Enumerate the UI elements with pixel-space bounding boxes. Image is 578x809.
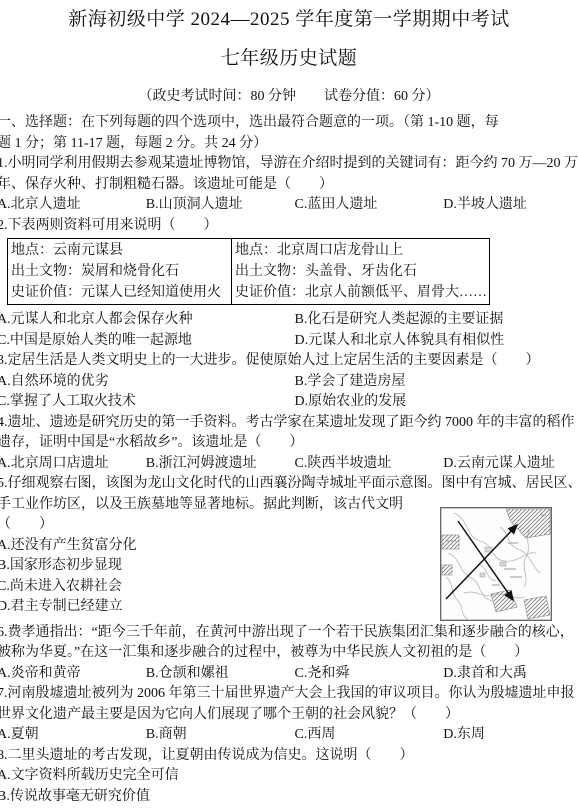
page-subtitle: 七年级历史试题 xyxy=(0,46,578,72)
question-2-options-row-2: C.中国是原始人类的唯一起源地 D.元谋人和北京人体貌具有相似性 xyxy=(0,331,578,352)
option-b: B.山顶洞人遗址 xyxy=(146,195,295,216)
question-3-options-row-2: C.掌握了人工取火技术 D.原始农业的发展 xyxy=(0,392,578,413)
question-7-options: A.夏朝 B.商朝 C.西周 D.东周 xyxy=(0,725,578,746)
question-4-options: A.北京周口店遗址 B.浙江河姆渡遗址 C.陕西半坡遗址 D.云南元谋人遗址 xyxy=(0,454,578,475)
question-6-options: A.炎帝和黄帝 B.仓颉和嫘祖 C.尧和舜 D.隶首和大禹 xyxy=(0,664,578,685)
option-a: A.文字资料所载历史完全可信 xyxy=(0,766,578,787)
exam-paper-page: 新海初级中学 2024—2025 学年度第一学期期中考试 七年级历史试题 （政史… xyxy=(0,7,578,809)
option-b: B.化石是研究人类起源的主要证据 xyxy=(295,310,578,331)
table-line: 地点：云南元谋县 xyxy=(11,240,228,261)
page-title: 新海初级中学 2024—2025 学年度第一学期期中考试 xyxy=(0,7,578,33)
question-1-options: A.北京人遗址 B.山顶洞人遗址 C.蓝田人遗址 D.半坡人遗址 xyxy=(0,195,578,216)
option-c: C.中国是原始人类的唯一起源地 xyxy=(0,331,295,352)
option-c: C.陕西半坡遗址 xyxy=(295,454,444,475)
option-a: A.自然环境的优劣 xyxy=(0,372,295,393)
question-3-options-row-1: A.自然环境的优劣 B.学会了建造房屋 xyxy=(0,372,578,393)
question-2-source-table: 地点：云南元谋县 出土文物：炭屑和烧骨化石 史证价值：元谋人已经知道使用火 地点… xyxy=(7,238,490,305)
option-a: A.炎帝和黄帝 xyxy=(0,664,146,685)
option-b: B.传说故事毫无研究价值 xyxy=(0,787,578,808)
question-6-stem: 6.费孝通指出：“距今三千年前，在黄河中游出现了一个若干民族集团汇集和逐步融合的… xyxy=(0,623,578,664)
question-7-stem: 7.河南殷墟遗址被列为 2006 年第三十届世界遗产大会上我国的审议项目。你认为… xyxy=(0,684,578,725)
option-d: D.隶首和大禹 xyxy=(443,664,578,685)
table-cell-yuanmou: 地点：云南元谋县 出土文物：炭屑和烧骨化石 史证价值：元谋人已经知道使用火 xyxy=(8,239,231,304)
table-line: 史证价值：元谋人已经知道使用火 xyxy=(11,282,228,303)
option-d: D.半坡人遗址 xyxy=(443,195,578,216)
option-a: A.元谋人和北京人都会保存火种 xyxy=(0,310,295,331)
table-line: 出土文物：炭屑和烧骨化石 xyxy=(11,261,228,282)
option-b: B.浙江河姆渡遗址 xyxy=(146,454,295,475)
option-c: C.尧和舜 xyxy=(295,664,444,685)
option-d: D.云南元谋人遗址 xyxy=(443,454,578,475)
option-b: B.学会了建造房屋 xyxy=(295,372,578,393)
option-c: C.蓝田人遗址 xyxy=(295,195,444,216)
taosi-city-site-map xyxy=(440,507,552,621)
question-4-stem: 4.遗址、遗迹是研究历史的第一手资料。考古学家在某遗址发现了距今约 7000 年… xyxy=(0,413,578,454)
exam-info-line: （政史考试时间：80 分钟 试卷分值：60 分） xyxy=(0,87,578,107)
option-d: D.元谋人和北京人体貌具有相似性 xyxy=(295,331,578,352)
question-2-stem: 2.下表两则资料可用来说明（ ） xyxy=(0,216,578,237)
option-d: D.东周 xyxy=(443,725,578,746)
option-a: A.夏朝 xyxy=(0,725,146,746)
question-2-options-row-1: A.元谋人和北京人都会保存火种 B.化石是研究人类起源的主要证据 xyxy=(0,310,578,331)
option-b: B.商朝 xyxy=(146,725,295,746)
table-line: 史证价值：北京人前额低平、眉骨大…… xyxy=(235,282,488,303)
question-5-stem-line1: 5.仔细观察右图，该图为龙山文化时代的山西襄汾陶寺城址平面示意图。图中有宫城、居… xyxy=(0,474,578,495)
question-1-stem: 1.小明同学利用假期去参观某遗址博物馆，导游在介绍时提到的关键词有：距今约 70… xyxy=(0,154,578,195)
table-line: 地点：北京周口店龙骨山上 xyxy=(235,240,488,261)
question-8-stem: 8.二里头遗址的考古发现，让夏朝由传说成为信史。这说明（ ） xyxy=(0,746,578,767)
option-b: B.仓颉和嫘祖 xyxy=(146,664,295,685)
question-3-stem: 3.定居生活是人类文明史上的一大进步。促使原始人过上定居生活的主要因素是（ ） xyxy=(0,351,578,372)
option-a: A.北京周口店遗址 xyxy=(0,454,146,475)
option-a: A.北京人遗址 xyxy=(0,195,146,216)
table-cell-peking-man: 地点：北京周口店龙骨山上 出土文物：头盖骨、牙齿化石 史证价值：北京人前额低平、… xyxy=(231,239,491,304)
option-d: D.原始农业的发展 xyxy=(295,392,578,413)
question-5-body: 手工业作坊区，以及王族墓地等显著地标。据此判断，该古代文明 （ ） A.还没有产… xyxy=(0,495,578,623)
section-heading: 一、选择题：在下列每题的四个选项中，选出最符合题意的一项。（第 1-10 题，每… xyxy=(0,113,578,154)
option-c: C.西周 xyxy=(295,725,444,746)
exam-body: 一、选择题：在下列每题的四个选项中，选出最符合题意的一项。（第 1-10 题，每… xyxy=(0,113,578,807)
option-c: C.掌握了人工取火技术 xyxy=(0,392,295,413)
table-line: 出土文物：头盖骨、牙齿化石 xyxy=(235,261,488,282)
